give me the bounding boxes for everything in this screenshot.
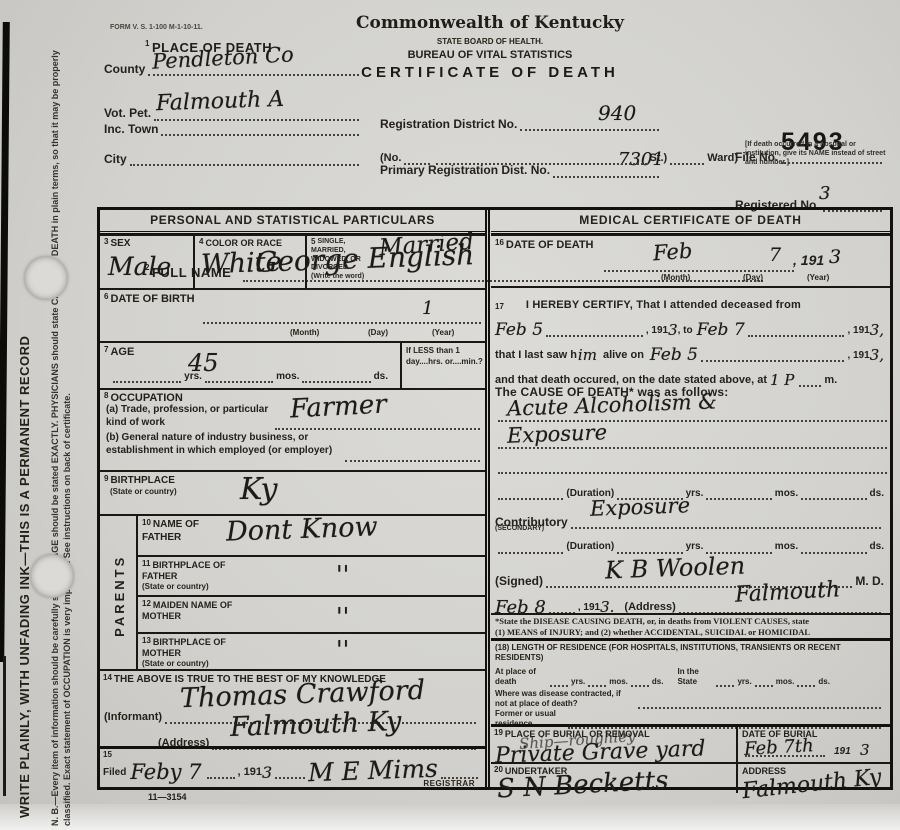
state-board: STATE BOARD OF HEALTH.	[335, 37, 645, 47]
mother-maiden-label: MAIDEN NAME OF MOTHER	[142, 600, 232, 621]
dotted-line	[436, 153, 646, 165]
informant-address-value: Falmouth Ky	[230, 706, 402, 743]
dotted-line	[748, 325, 845, 337]
dotted-line	[161, 124, 359, 136]
attestation-row: 14THE ABOVE IS TRUE TO THE BEST OF MY KN…	[100, 669, 485, 746]
mos-label: mos.	[609, 677, 628, 687]
hospital-note: [If death occurred in a hospital or inst…	[745, 140, 893, 167]
ds-label: ds.	[374, 371, 388, 384]
dotted-line	[755, 675, 773, 687]
commonwealth-title: Commonwealth of Kentucky	[335, 14, 645, 33]
dotted-line	[588, 675, 606, 687]
father-birthplace-value: ''	[336, 561, 349, 589]
yrs-label: yrs.	[686, 541, 704, 554]
county-field: County Pendleton Co	[104, 62, 362, 76]
birthplace-value: Ky	[240, 472, 277, 507]
dod-month-value: Feb	[652, 239, 693, 266]
footnote-line2: (1) MEANS of INJURY; and (2) whether ACC…	[495, 627, 886, 638]
certify-line2b: alive on	[603, 349, 644, 362]
age-less-note: If LESS than 1 day....hrs. or....min.?	[400, 343, 485, 388]
footnote-line1: *State the DISEASE CAUSING DEATH, or, in…	[495, 616, 886, 627]
mos-label: mos.	[775, 488, 798, 501]
birthplace-label: BIRTHPLACE	[110, 475, 174, 486]
printed-191: , 191	[847, 350, 869, 363]
occupation-row: 8OCCUPATION (a) Trade, profession, or pa…	[100, 388, 485, 470]
state-country-note: (State or country)	[142, 659, 252, 669]
contributory-label: Contributory	[495, 515, 568, 529]
dotted-line	[113, 371, 181, 383]
sex-value: Male	[108, 252, 171, 281]
date-of-birth-row: 6DATE OF BIRTH 1 (Month) (Day) (Year)	[100, 288, 485, 341]
dotted-line	[498, 462, 887, 474]
margin-nb-note: N. B.—Every item of information should b…	[50, 11, 73, 826]
mother-maiden-row: 12MAIDEN NAME OF MOTHER ''	[138, 595, 485, 633]
dod-year-value: 3	[829, 246, 841, 268]
registered-no-value: 3	[819, 183, 830, 204]
marital-value: Married	[378, 229, 475, 262]
dotted-line	[716, 675, 734, 687]
age-label: AGE	[110, 346, 134, 358]
sex-label: SEX	[110, 238, 130, 249]
dotted-line	[745, 745, 825, 757]
scan-bottom-strip	[0, 804, 900, 830]
bureau: BUREAU OF VITAL STATISTICS	[335, 49, 645, 62]
dod-year-printed: , 191	[793, 252, 824, 269]
item-number: (18)	[495, 643, 509, 652]
inc-town-field: Inc. Town	[104, 122, 362, 136]
dotted-line	[701, 350, 844, 362]
father-birthplace-label: BIRTHPLACE OF FATHER	[142, 560, 225, 581]
dotted-line	[275, 767, 305, 779]
burial-place-cell: 19PLACE OF BURIAL OR REMOVAL Ship—roughl…	[491, 727, 738, 762]
signed-block: (Signed) M. D. K B Woolen Feb 8 , 191 3.…	[491, 556, 890, 613]
dob-label: DATE OF BIRTH	[110, 293, 194, 305]
certify-from-date: Feb 5	[495, 320, 543, 340]
mos-label: mos.	[776, 677, 795, 687]
cause-footnote: *State the DISEASE CAUSING DEATH, or, in…	[491, 613, 890, 638]
dotted-line	[617, 542, 682, 554]
cause-of-death-block: The CAUSE OF DEATH* was as follows: Acut…	[491, 383, 890, 501]
occupation-b-label: (b) General nature of industry business,…	[106, 432, 338, 457]
dob-value: 1	[422, 298, 433, 319]
primary-registration-field: Primary Registration Dist. No. 7301	[380, 163, 662, 177]
marital-label: SINGLE, MARRIED, WIDOWED, OR DIVORCED	[311, 238, 361, 271]
city-field: City	[104, 152, 362, 166]
dotted-line	[520, 119, 659, 131]
certify-last-seen-date: Feb 5	[650, 345, 698, 365]
sex-cell: 3SEX Male	[100, 236, 195, 288]
age-row: 7AGE yrs. mos. ds. 45 If LESS than 1 day…	[100, 341, 485, 388]
burial-year-value: 3	[860, 741, 870, 759]
ds-label: ds.	[870, 541, 884, 554]
duration-label: (Duration)	[566, 541, 614, 554]
certify-to-label: , to	[678, 325, 693, 338]
dotted-line	[604, 260, 794, 272]
mother-maiden-value: ''	[336, 603, 349, 631]
undertaker-row: 20UNDERTAKER S N Becketts ADDRESS Falmou…	[491, 762, 890, 793]
contributory-block: Contributory Exposure (SECONDARY) (Durat…	[491, 501, 890, 556]
inc-town-label: Inc. Town	[104, 122, 158, 136]
header-center: Commonwealth of Kentucky STATE BOARD OF …	[335, 14, 645, 81]
printed-191: 191	[834, 746, 851, 759]
dotted-line	[801, 488, 866, 500]
occupation-a-label: (a) Trade, profession, or particular kin…	[106, 404, 274, 429]
color-race-cell: 4COLOR OR RACE White	[195, 236, 307, 288]
contributory-value: Exposure	[590, 493, 691, 520]
registrar-signature: M E Mims	[308, 754, 439, 788]
printed-191: , 191	[646, 325, 668, 338]
father-name-row: 10NAME OF FATHER Dont Know	[138, 516, 485, 555]
vot-pet-label: Vot. Pet.	[104, 106, 151, 120]
month-label: (Month)	[290, 328, 319, 338]
dotted-line	[670, 153, 704, 165]
ward-label: Ward)	[707, 152, 738, 165]
printed-191: , 191	[847, 325, 869, 338]
undertaker-address-cell: ADDRESS Falmouth Ky	[738, 764, 890, 793]
mother-birthplace-value: ''	[336, 636, 349, 664]
residence-label: LENGTH OF RESIDENCE (FOR HOSPITALS, INST…	[495, 643, 841, 662]
ds-label: ds.	[818, 677, 830, 687]
dotted-line	[797, 675, 815, 687]
dotted-line	[498, 488, 563, 500]
item-number: 17	[495, 302, 504, 312]
hole-punch-bottom	[30, 554, 74, 598]
filed-label: Filed	[103, 767, 126, 780]
burial-date-cell: DATE OF BURIAL Feb 7th 191 3	[738, 727, 890, 762]
registration-district-label: Registration District No.	[380, 117, 517, 131]
certify-to-date: Feb 7	[697, 320, 745, 340]
st-label: St.)	[650, 152, 668, 165]
dotted-line	[546, 325, 643, 337]
sex-color-marital-row: 3SEX Male 4COLOR OR RACE White 5SINGLE, …	[100, 234, 485, 288]
month-label: (Month)	[661, 273, 690, 283]
dod-label: DATE OF DEATH	[506, 239, 594, 251]
in-state-label: In the State	[677, 667, 713, 687]
scan-edge-bar	[0, 22, 10, 662]
hole-punch-top	[24, 256, 68, 300]
certify-block: 17 I HEREBY CERTIFY, That I attended dec…	[491, 286, 890, 383]
day-label: (Day)	[743, 273, 763, 283]
dotted-line	[706, 488, 771, 500]
burial-row: 19PLACE OF BURIAL OR REMOVAL Ship—roughl…	[491, 724, 890, 762]
medical-column: MEDICAL CERTIFICATE OF DEATH 16DATE OF D…	[491, 210, 890, 787]
county-label: County	[104, 62, 145, 76]
marital-note: (Write the word)	[311, 273, 373, 282]
registration-district-value: 940	[598, 101, 636, 125]
dotted-line	[498, 542, 563, 554]
birthplace-note: (State or country)	[110, 487, 177, 497]
filed-year-printed: , 191	[238, 766, 262, 779]
residence-block: (18) LENGTH OF RESIDENCE (FOR HOSPITALS,…	[491, 638, 890, 724]
marital-cell: 5SINGLE, MARRIED, WIDOWED, OR DIVORCED (…	[307, 236, 485, 288]
filed-row: 15 Filed Feby 7 , 191 3 M E Mims REGISTR…	[100, 746, 485, 788]
informant-label: (Informant)	[104, 711, 162, 724]
primary-registration-label: Primary Registration Dist. No.	[380, 163, 550, 177]
mos-label: mos.	[775, 541, 798, 554]
physician-signature: K B Woolen	[605, 552, 746, 585]
birthplace-row: 9BIRTHPLACE (State or country) Ky	[100, 470, 485, 514]
vot-pet-value: Falmouth A	[156, 87, 285, 116]
certify-line2a: that I last saw h	[495, 349, 577, 362]
registrar-label: REGISTRAR	[423, 779, 475, 789]
filed-date-value: Feby 7	[130, 760, 201, 784]
dotted-line	[550, 675, 568, 687]
registration-district-field: Registration District No. 940	[380, 117, 662, 131]
filed-year-value: 3	[262, 763, 272, 782]
parents-vertical-label: PARENTS	[100, 516, 138, 669]
at-place-label: At place of death	[495, 667, 547, 687]
cause-value-line2: Exposure	[507, 421, 608, 448]
column-divider	[485, 207, 490, 790]
color-race-value: White	[200, 247, 282, 281]
ds-label: ds.	[870, 488, 884, 501]
yrs-label: yrs.	[737, 677, 751, 687]
dotted-line	[207, 767, 235, 779]
mother-birthplace-row: 13BIRTHPLACE OF MOTHER (State or country…	[138, 632, 485, 669]
mother-birthplace-label: BIRTHPLACE OF MOTHER	[142, 637, 226, 658]
form-number: 11—3154	[148, 792, 187, 803]
mos-label: mos.	[276, 371, 299, 384]
dotted-line	[441, 767, 478, 779]
dotted-line	[404, 153, 430, 165]
city-label: City	[104, 152, 127, 166]
father-name-value: Dont Know	[226, 511, 379, 547]
age-value: 45	[188, 349, 219, 377]
dotted-line	[302, 371, 370, 383]
dotted-line	[638, 697, 881, 709]
no-label: (No.	[380, 152, 401, 165]
undertaker-cell: 20UNDERTAKER S N Becketts	[491, 764, 738, 793]
occupation-a-value: Farmer	[289, 389, 387, 424]
certify-to-year: 3,	[870, 321, 884, 339]
medical-section-header: MEDICAL CERTIFICATE OF DEATH	[491, 210, 890, 234]
item-number: 1	[145, 39, 150, 48]
personal-column: PERSONAL AND STATISTICAL PARTICULARS 3SE…	[100, 210, 485, 787]
certify-last-year: 3,	[870, 346, 884, 364]
year-label: (Year)	[432, 328, 454, 338]
dotted-line	[345, 450, 480, 462]
year-label: (Year)	[807, 273, 829, 283]
signed-label: (Signed)	[495, 574, 543, 588]
personal-section-header: PERSONAL AND STATISTICAL PARTICULARS	[100, 210, 485, 234]
form-code: FORM V. S. 1-100 M-1-10-11.	[110, 24, 203, 33]
certify-from-year: 3	[668, 321, 678, 339]
day-label: (Day)	[368, 328, 388, 338]
certificate-title: CERTIFICATE OF DEATH	[335, 64, 645, 81]
yrs-label: yrs.	[571, 677, 585, 687]
ds-label: ds.	[652, 677, 664, 687]
scan-edge-bar-lower	[3, 656, 6, 796]
dotted-line	[631, 675, 649, 687]
state-country-note: (State or country)	[142, 582, 252, 592]
certify-line1: I HEREBY CERTIFY, That I attended deceas…	[526, 299, 801, 312]
dotted-line	[130, 154, 359, 166]
certify-him-hw: im	[578, 346, 597, 364]
father-birthplace-row: 11BIRTHPLACE OF FATHER (State or country…	[138, 555, 485, 594]
vot-pet-field: Vot. Pet. Falmouth A	[104, 106, 362, 120]
date-of-death-row: 16DATE OF DEATH Feb 7 , 191 3 (Month) (D…	[491, 234, 890, 286]
occupation-label: OCCUPATION	[110, 392, 182, 404]
md-label: M. D.	[855, 574, 884, 588]
disease-contracted-label: Where was disease contracted, if not at …	[495, 689, 635, 709]
death-certificate-scan: WRITE PLAINLY, WITH UNFADING INK—THIS IS…	[0, 0, 900, 830]
dotted-line	[801, 542, 866, 554]
dod-day-value: 7	[769, 244, 781, 266]
parents-block: PARENTS 10NAME OF FATHER Dont Know 11BIR…	[100, 514, 485, 669]
street-ward-line: (No. St.) Ward)	[380, 152, 738, 165]
dotted-line	[203, 312, 481, 324]
